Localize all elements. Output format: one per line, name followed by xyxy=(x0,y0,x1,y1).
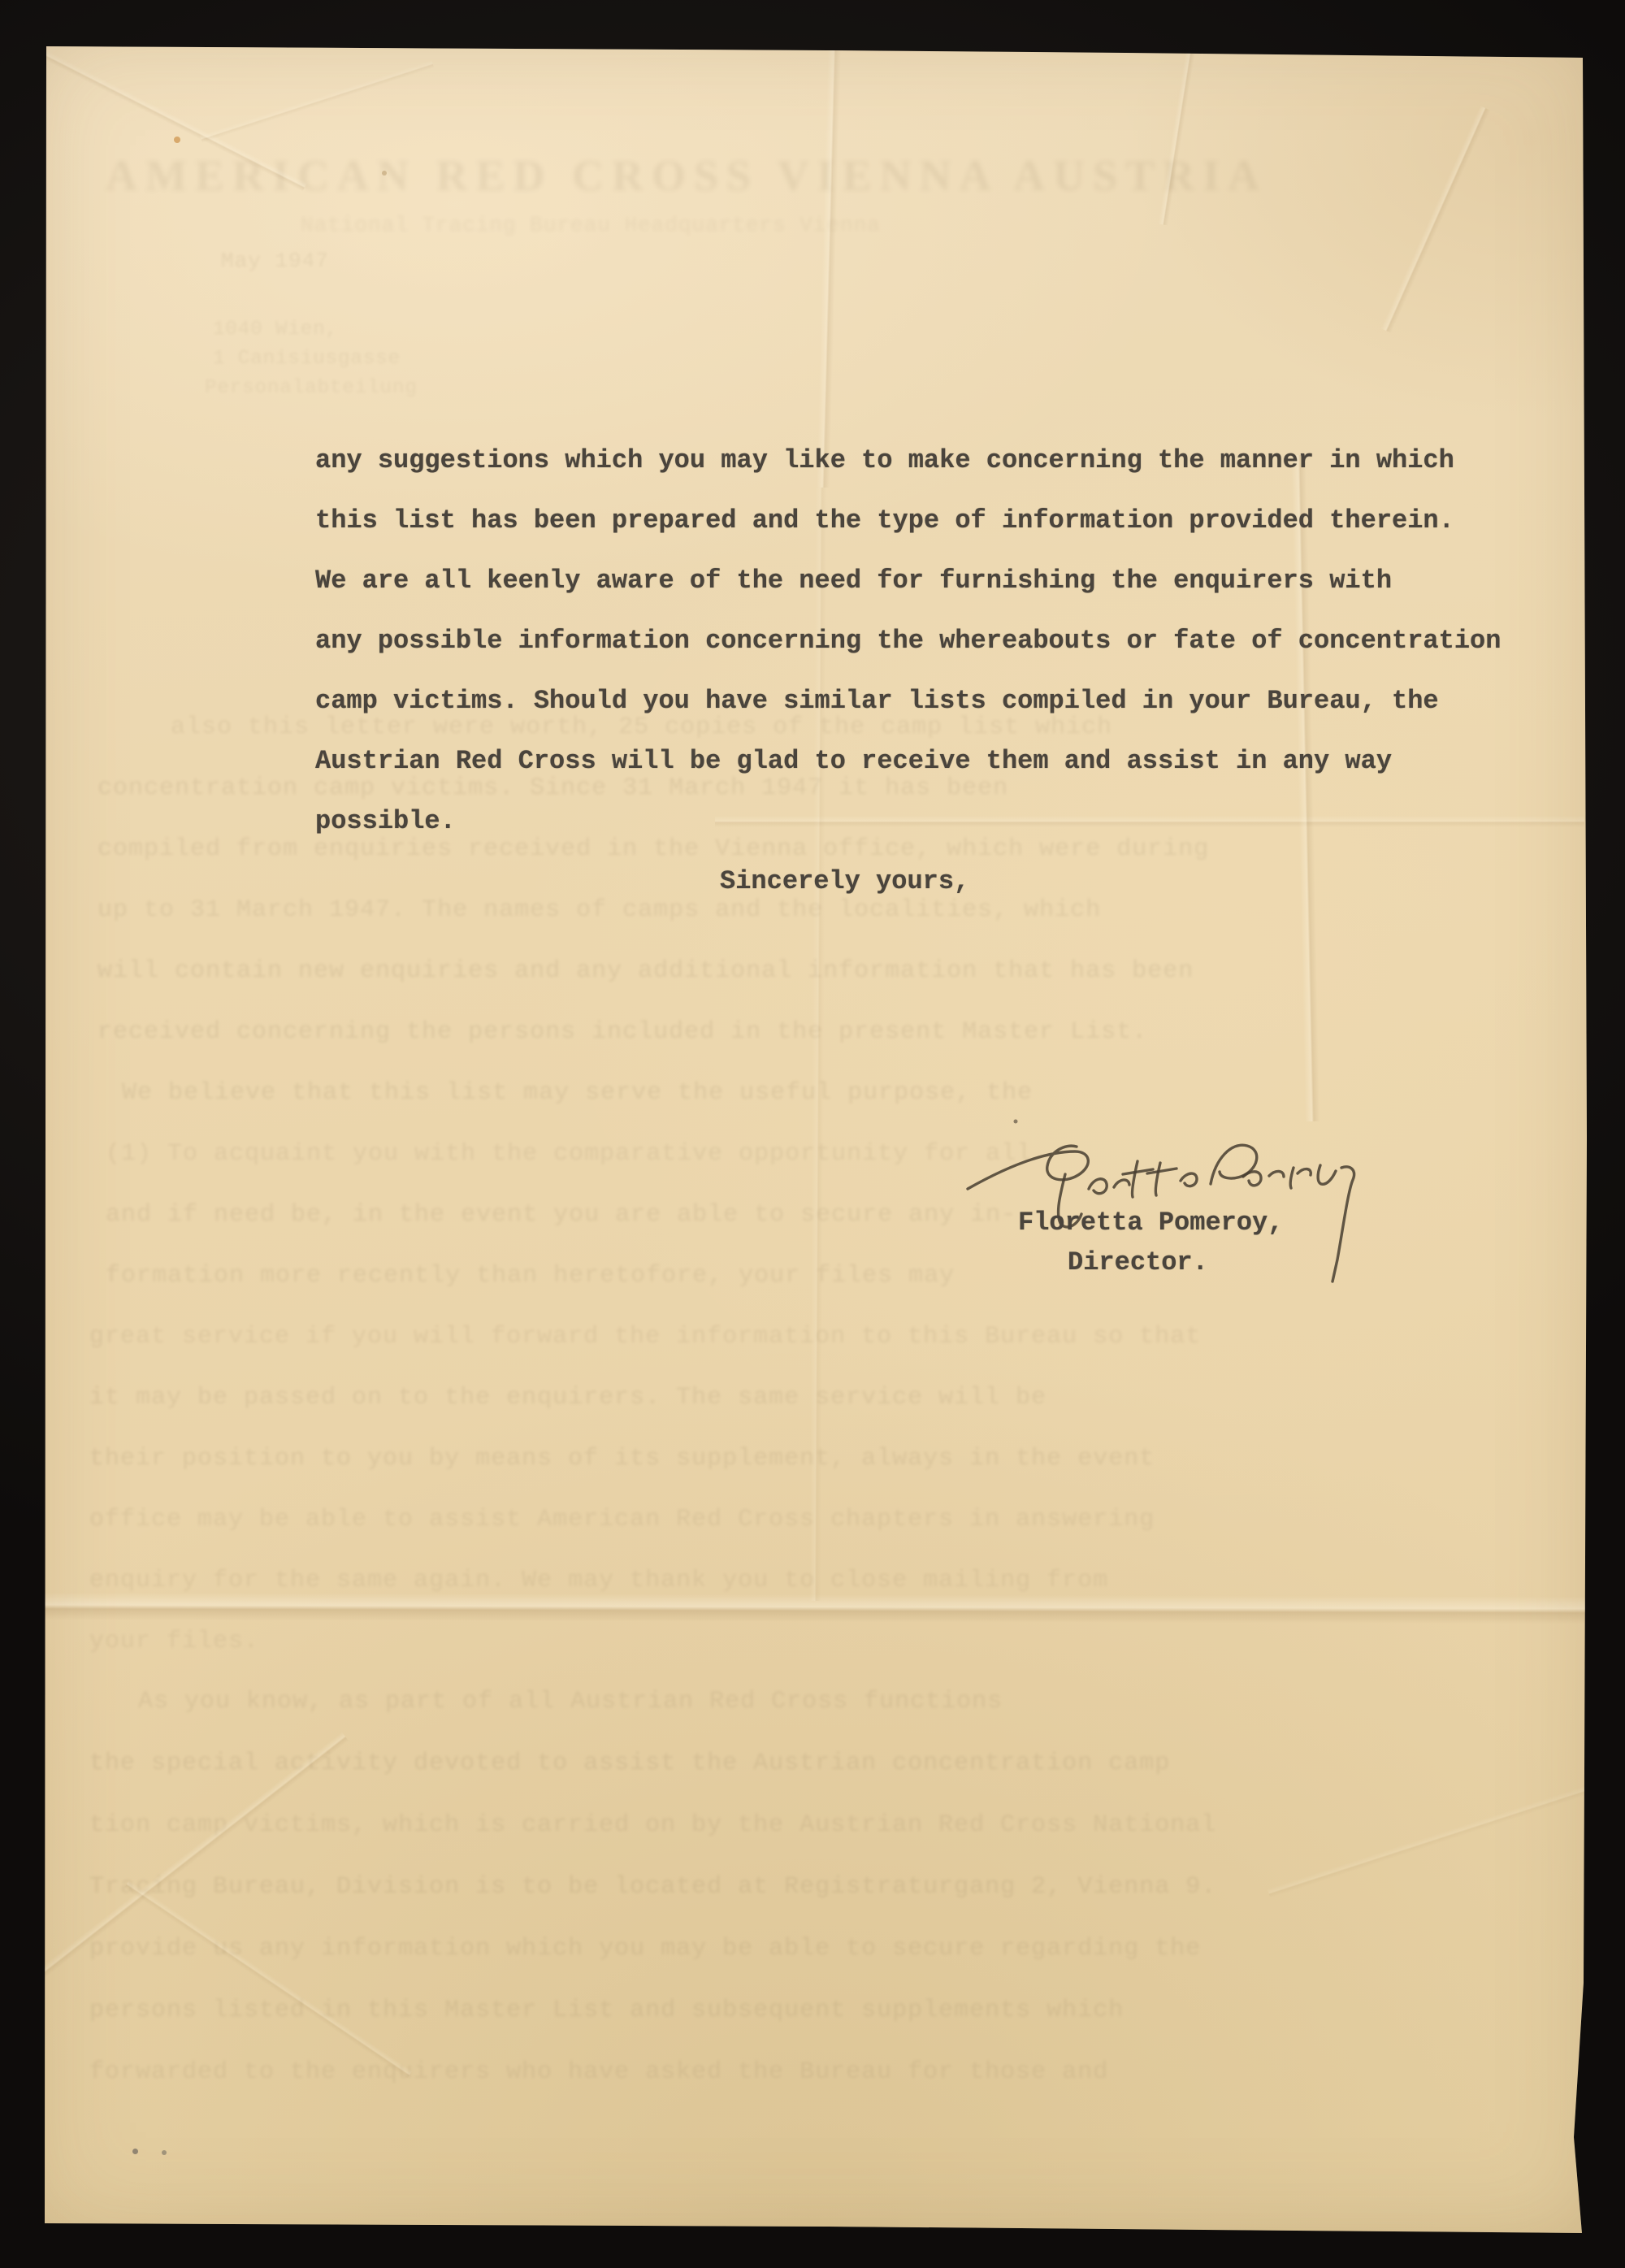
paper-crease xyxy=(0,13,307,192)
letter-page: AMERICAN RED CROSS VIENNA AUSTRIANationa… xyxy=(0,0,1625,2268)
bleedthrough-line: 1040 Wien, xyxy=(213,319,457,340)
bleedthrough-line: 1 Canisiusgasse xyxy=(213,348,505,370)
paper-crease xyxy=(9,1732,349,2001)
paper-speck xyxy=(132,2149,138,2154)
paper-crease xyxy=(1159,24,1200,226)
typed-line: possible. xyxy=(315,791,1542,852)
bleedthrough-line: persons listed in this Master List and s… xyxy=(89,1997,1267,2024)
bleedthrough-line: their position to you by means of its su… xyxy=(89,1445,1276,1472)
bleedthrough-line: As you know, as part of all Austrian Red… xyxy=(138,1688,1259,1715)
bleedthrough-line: enquiry for the same again. We may thank… xyxy=(89,1567,1259,1594)
bleedthrough-line: forwarded to the enquirers who have aske… xyxy=(89,2058,1251,2086)
bleedthrough-line: National Tracing Bureau Headquarters Vie… xyxy=(301,213,999,237)
paper-crease xyxy=(1381,106,1491,333)
bleedthrough-line: AMERICAN RED CROSS VIENNA AUSTRIA xyxy=(106,150,1316,201)
typed-signature-block: Floretta Pomeroy, Director. xyxy=(1018,1203,1283,1282)
paper-crease xyxy=(1267,1768,1625,1898)
bleedthrough-line: office may be able to assist American Re… xyxy=(89,1506,1267,1533)
bleedthrough-line: provide us any information which you may… xyxy=(89,1935,1284,1962)
typed-line: camp victims. Should you have similar li… xyxy=(315,671,1542,731)
typed-line: Austrian Red Cross will be glad to recei… xyxy=(315,731,1542,791)
bleedthrough-line: Personalabteilung xyxy=(205,377,530,399)
typed-line: We are all keenly aware of the need for … xyxy=(315,551,1542,611)
paper-crease xyxy=(200,60,434,143)
bleedthrough-line: tion camp victims, which is carried on b… xyxy=(89,1811,1284,1839)
paper-speck xyxy=(162,2150,167,2155)
letter-body: any suggestions which you may like to ma… xyxy=(315,431,1542,912)
typed-line: this list has been prepared and the type… xyxy=(315,491,1542,551)
bleedthrough-line: will contain new enquiries and any addit… xyxy=(97,957,1276,985)
bleedthrough-line: Tracing Bureau, Division is to be locate… xyxy=(89,1873,1276,1901)
paper-speck xyxy=(382,171,387,176)
bleedthrough-line: the special activity devoted to assist t… xyxy=(89,1750,1284,1777)
paper-fold-horizontal xyxy=(45,1593,1585,1624)
paper-speck xyxy=(174,137,180,143)
typed-signature-title: Director. xyxy=(1018,1242,1283,1282)
typed-line: any suggestions which you may like to ma… xyxy=(315,431,1542,491)
bleedthrough-line: received concerning the persons included… xyxy=(97,1018,1259,1046)
paper-crease xyxy=(124,1880,413,2079)
typed-signature-name: Floretta Pomeroy, xyxy=(1018,1203,1283,1242)
typed-line: any possible information concerning the … xyxy=(315,611,1542,671)
closing-line: Sincerely yours, xyxy=(315,852,1542,912)
bleedthrough-line: May 1947 xyxy=(221,249,489,273)
bleedthrough-line: it may be passed on to the enquirers. Th… xyxy=(89,1384,1243,1412)
paper-crease xyxy=(817,49,841,488)
ink-dot xyxy=(1014,1120,1018,1124)
bleedthrough-line: your files. xyxy=(89,1628,349,1655)
bleedthrough-line: great service if you will forward the in… xyxy=(89,1323,1284,1351)
